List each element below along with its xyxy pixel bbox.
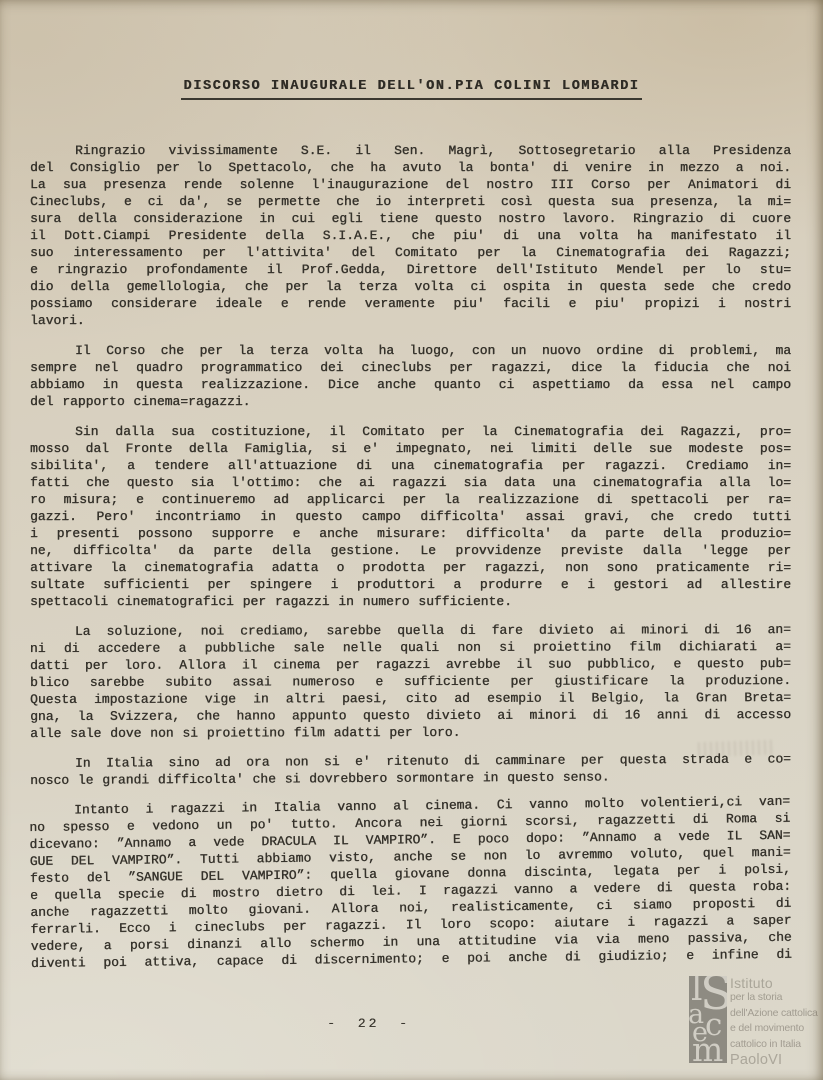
text-line: Questa impostazione vige in altri paesi,…	[30, 689, 791, 708]
watermark-text: Istituto per la storia dell'Azione catto…	[730, 976, 818, 1068]
text-body: Ringrazio vivissimamente S.E. il Sen. Ma…	[30, 142, 791, 972]
text-line: del Consiglio per lo Spettacolo, che ha …	[30, 159, 791, 176]
text-line: attivare la cinematografia adatta o prod…	[30, 559, 791, 576]
paragraph: In Italia sino ad ora non si e' ritenuto…	[30, 750, 791, 789]
watermark-line: per la storia	[730, 990, 818, 1006]
watermark-line: dell'Azione cattolica	[730, 1006, 818, 1022]
text-line: abbiamo in questa realizzazione. Dice an…	[30, 376, 791, 393]
text-line: il Dott.Ciampi Presidente della S.I.A.E.…	[30, 227, 791, 244]
text-line: Sin dalla sua costituzione, il Comitato …	[30, 423, 791, 440]
watermark-line: e del movimento	[730, 1021, 818, 1037]
page-number: - 22 -	[0, 1016, 737, 1031]
text-line: i presenti possono supporre e anche misu…	[30, 525, 791, 542]
paragraph: La soluzione, noi crediamo, sarebbe quel…	[30, 621, 791, 742]
watermark-line: cattolico in Italia	[730, 1037, 818, 1053]
text-line: e ringrazio profondamente il Prof.Gedda,…	[30, 261, 791, 278]
text-line: gna, la Svizzera, che hanno appunto ques…	[30, 706, 791, 725]
page-title: DISCORSO INAUGURALE DELL'ON.PIA COLINI L…	[181, 79, 643, 100]
document-page: DISCORSO INAUGURALE DELL'ON.PIA COLINI L…	[0, 0, 823, 1080]
paragraph: Il Corso che per la terza volta ha luogo…	[30, 342, 791, 410]
text-line: lavori.	[30, 312, 791, 329]
text-line: mosso dal Fronte della Famiglia, si e' i…	[30, 440, 791, 457]
text-line: fatti che questo sia l'ottimo: che ai ra…	[30, 474, 791, 491]
title-block: DISCORSO INAUGURALE DELL'ON.PIA COLINI L…	[0, 76, 823, 100]
text-line: del rapporto cinema=ragazzi.	[30, 393, 791, 410]
paragraph: Intanto i ragazzi in Italia vanno al cin…	[29, 793, 792, 972]
institute-name: Istituto	[730, 976, 818, 990]
text-line: ni di accedere a pubbliche sale nelle qu…	[30, 638, 791, 657]
text-line: datti per loro. Allora il cinema per rag…	[30, 655, 791, 674]
paragraph: Ringrazio vivissimamente S.E. il Sen. Ma…	[30, 142, 791, 329]
text-line: sibilita', a tendere all'attuazione di u…	[30, 457, 791, 474]
text-line: Cineclubs, e ci da', se permette che io …	[30, 193, 791, 210]
institute-footer: PaoloVI	[730, 1052, 818, 1068]
text-line: gazzi. Pero' incontriamo in questo campo…	[30, 508, 791, 525]
paragraph: Sin dalla sua costituzione, il Comitato …	[30, 423, 791, 610]
text-line: ne, difficolta' da parte della gestione.…	[30, 542, 791, 559]
text-line: sultate sufficienti per spingere i produ…	[30, 576, 791, 593]
text-line: La sua presenza rende solenne l'inaugura…	[30, 176, 791, 193]
logo-letter-m: m	[692, 1033, 723, 1063]
text-line: dio della gemellologia, che per la terza…	[30, 278, 791, 295]
text-line: nosco le grandi difficolta' che si dovre…	[30, 767, 791, 789]
text-line: possiamo considerare ideale e rende vera…	[30, 295, 791, 312]
text-line: ro misura; e continueremo ad applicarci …	[30, 491, 791, 508]
text-line: suo interessamento per l'attivita' del C…	[30, 244, 791, 261]
text-line: La soluzione, noi crediamo, sarebbe quel…	[30, 621, 791, 640]
text-line: alle sale dove non si proiettino film ad…	[30, 723, 791, 742]
isacem-logo: l S a e c m	[689, 976, 727, 1063]
text-line: spettacoli cinematografici per ragazzi i…	[30, 593, 791, 610]
text-line: sempre nel quadro programmatico dei cine…	[30, 359, 791, 376]
text-line: blico sarebbe subito assai numeroso e su…	[30, 672, 791, 691]
isacem-watermark: l S a e c m Istituto per la storia dell'…	[689, 976, 818, 1068]
text-line: Ringrazio vivissimamente S.E. il Sen. Ma…	[30, 142, 791, 159]
text-line: Il Corso che per la terza volta ha luogo…	[30, 342, 791, 359]
text-line: sura della considerazione in cui egli ti…	[30, 210, 791, 227]
